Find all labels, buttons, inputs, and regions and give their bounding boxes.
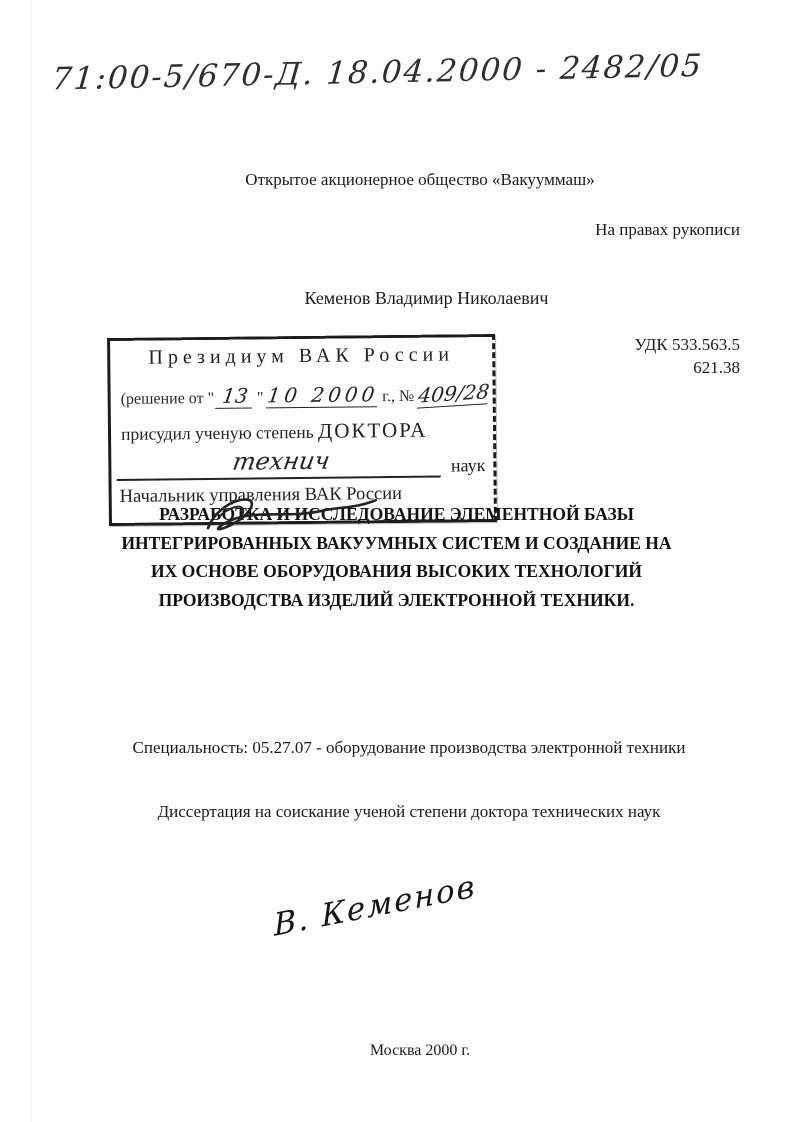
author-handwritten-signature: В. Кеменов [273, 868, 477, 944]
handwritten-accession-number: 71:00-5/670-Д. 18.04.2000 - 2482/05 [51, 48, 674, 97]
stamp-header: Президиум ВАК России [110, 343, 492, 370]
stamp-decision-line: (решение от " 13 " 10 2000 г., № 409/28 [121, 381, 489, 410]
dissertation-type-line: Диссертация на соискание ученой степени … [30, 802, 788, 822]
stamp-handwritten-month-year: 10 2000 [266, 382, 380, 408]
city-year-line: Москва 2000 г. [47, 1042, 793, 1060]
title-line-4: ПРОИЗВОДСТВА ИЗДЕЛИЙ ЭЛЕКТРОННОЙ ТЕХНИКИ… [0, 586, 793, 615]
dissertation-title-page: 71:00-5/670-Д. 18.04.2000 - 2482/05 Откр… [0, 0, 793, 1122]
title-line-2: ИНТЕГРИРОВАННЫХ ВАКУУМНЫХ СИСТЕМ И СОЗДА… [0, 529, 793, 558]
title-line-3: ИХ ОСНОВЕ ОБОРУДОВАНИЯ ВЫСОКИХ ТЕХНОЛОГИ… [0, 557, 793, 586]
stamp-field-line: технич наук [119, 443, 485, 481]
official-signature-scribble [190, 488, 391, 550]
stamp-quote-close: " [257, 389, 264, 407]
stamp-nauk-label: наук [451, 455, 486, 477]
author-name: Кеменов Владимир Николаевич [60, 288, 793, 309]
stamp-degree: ДОКТОРА [318, 418, 428, 443]
stamp-handwritten-number: 409/28 [417, 379, 491, 408]
stamp-awarded-line: присудил ученую степень ДОКТОРА [121, 417, 489, 446]
udc-classification: УДК 533.563.5 621.38 [634, 333, 740, 379]
stamp-number-label: г., № [382, 388, 414, 406]
stamp-awarded-text: присудил ученую степень [121, 422, 314, 444]
vak-presidium-stamp: Президиум ВАК России (решение от " 13 " … [107, 334, 497, 526]
udc-line-1: УДК 533.563.5 [634, 333, 740, 356]
organization-name: Открытое акционерное общество «Вакууммаш… [47, 170, 793, 190]
manuscript-rights-note: На правах рукописи [595, 220, 740, 240]
udc-line-2: 621.38 [634, 356, 740, 379]
specialty-line: Специальность: 05.27.07 - оборудование п… [30, 738, 788, 758]
stamp-decision-prefix: (решение от " [121, 390, 215, 409]
stamp-handwritten-field: технич [117, 443, 446, 480]
stamp-handwritten-day: 13 [215, 383, 255, 408]
